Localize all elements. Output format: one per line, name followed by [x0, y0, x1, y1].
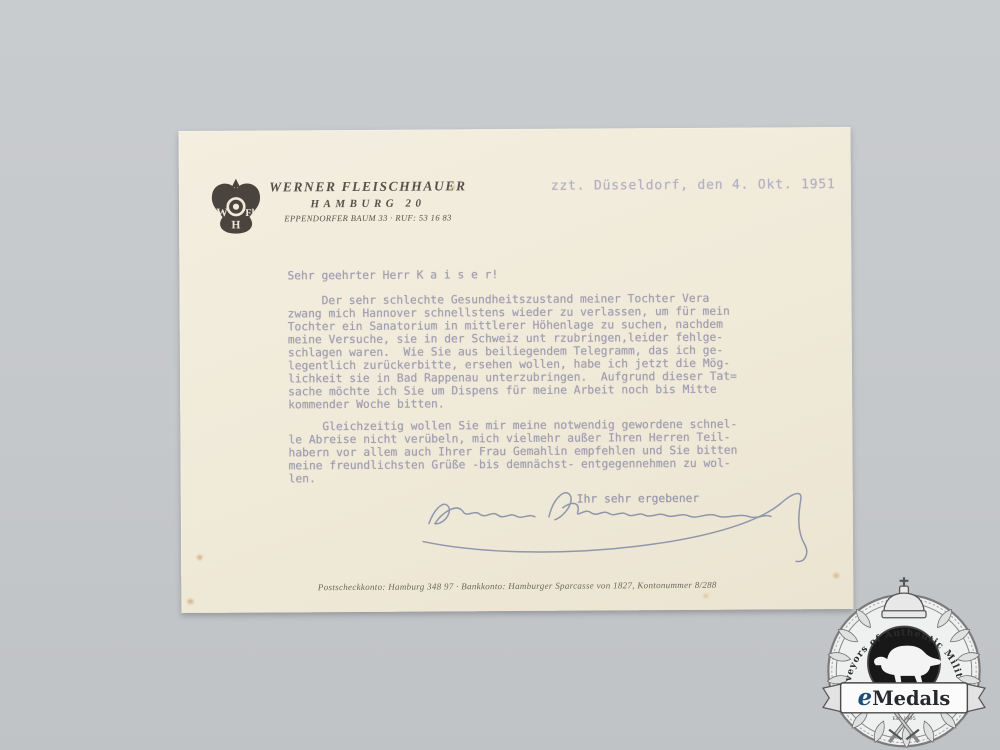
logo-letter-w: W — [216, 207, 228, 219]
paper-stain — [703, 594, 708, 598]
watermark-established: Est. 1995 — [892, 716, 915, 722]
signature-stroke-1 — [429, 504, 535, 524]
letter-dateline: zzt. Düsseldorf, den 4. Okt. 1951 — [551, 177, 836, 194]
signature-underline-flourish — [423, 493, 807, 563]
letterhead-address: EPPENDORFER BAUM 33 · RUF: 53 16 83 — [265, 212, 471, 223]
letter-footer-bank-line: Postscheckkonto: Hamburg 348 97 · Bankko… — [181, 579, 853, 593]
letter-document: W Fl H WERNER FLEISCHHAUER HAMBURG 20 EP… — [179, 127, 854, 613]
letter-paragraph-1: Der sehr schlechte Gesundheitszustand me… — [288, 292, 749, 412]
logo-center-dot — [233, 204, 239, 210]
letter-body: Sehr geehrter Herr K a i s e r! Der sehr… — [287, 267, 748, 508]
letterhead-name: WERNER FLEISCHHAUER — [265, 178, 471, 195]
signature-ink — [413, 475, 818, 577]
emedals-brand-text: eMedals — [858, 685, 951, 711]
signature-stroke-2 — [549, 492, 771, 520]
logo-letter-h: H — [231, 219, 240, 231]
letterhead-city: HAMBURG 20 — [265, 197, 471, 210]
logo-letter-fl: Fl — [245, 208, 254, 219]
letterhead: WERNER FLEISCHHAUER HAMBURG 20 EPPENDORF… — [265, 178, 471, 223]
photograph-background: W Fl H WERNER FLEISCHHAUER HAMBURG 20 EP… — [0, 0, 1000, 750]
logo-arrow-head — [232, 179, 240, 187]
paper-stain — [197, 555, 202, 560]
letter-body-line: kommender Woche bitten. — [288, 396, 748, 412]
letter-salutation: Sehr geehrter Herr K a i s e r! — [287, 267, 747, 283]
letterhead-monogram-logo: W Fl H — [205, 177, 267, 237]
emedals-watermark: eMedals Purveyors of Authentic Militaria… — [816, 572, 992, 748]
paper-stain — [187, 599, 193, 604]
